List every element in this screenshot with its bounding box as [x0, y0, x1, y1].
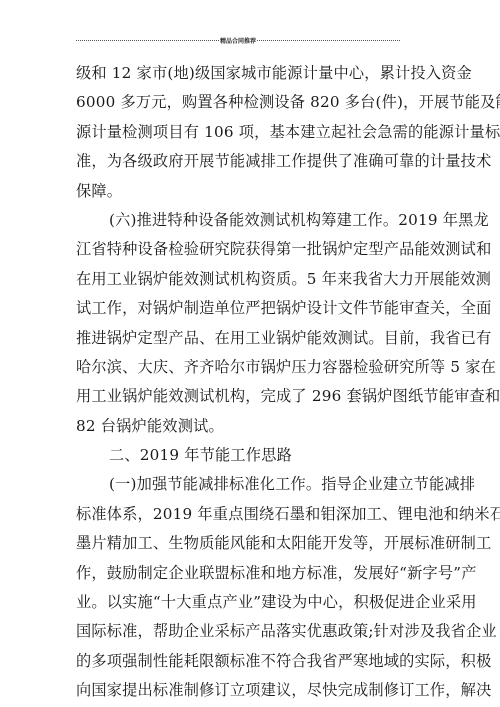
text-line: 源计量检测项目有 106 项，基本建立起社会急需的能源计量标 [76, 118, 426, 147]
header-rule-left [76, 40, 219, 41]
text-line: 保障。 [76, 177, 426, 206]
text-line: 准，为各级政府开展节能减排工作提供了准确可靠的计量技术 [76, 147, 426, 176]
section-heading: 二、2019 年节能工作思路 [76, 441, 426, 470]
text-line: 国际标准，帮助企业采标产品落实优惠政策;针对涉及我省企业 [76, 617, 426, 646]
document-body: 级和 12 家市(地)级国家城市能源计量中心，累计投入资金 6000 多万元，购… [76, 59, 426, 706]
paragraph-start-line: (一)加强节能减排标准化工作。指导企业建立节能减排 [76, 470, 426, 499]
header-title: 精品合同推荐 [219, 36, 257, 45]
text-line: 哈尔滨、大庆、齐齐哈尔市锅炉压力容器检验研究所等 5 家在 [76, 353, 426, 382]
text-line: 江省特种设备检验研究院获得第一批锅炉定型产品能效测试和 [76, 235, 426, 264]
header-rule-right [257, 40, 400, 41]
text-line: 墨片精加工、生物质能风能和太阳能开发等，开展标准研制工 [76, 529, 426, 558]
text-line: 在用工业锅炉能效测试机构资质。5 年来我省大力开展能效测 [76, 265, 426, 294]
text-line: 用工业锅炉能效测试机构，完成了 296 套锅炉图纸节能审查和 [76, 382, 426, 411]
text-line: 试工作，对锅炉制造单位严把锅炉设计文件节能审查关，全面 [76, 294, 426, 323]
text-line: 的多项强制性能耗限额标准不符合我省严寒地域的实际，积极 [76, 647, 426, 676]
text-line: 6000 多万元，购置各种检测设备 820 多台(件)，开展节能及能 [76, 88, 426, 117]
text-line: 82 台锅炉能效测试。 [76, 412, 426, 441]
text-line: 业。以实施“十大重点产业”建设为中心，积极促进企业采用 [76, 588, 426, 617]
page-header: 精品合同推荐 [76, 36, 400, 44]
text-line: 作，鼓励制定企业联盟标准和地方标准，发展好“新字号”产 [76, 559, 426, 588]
text-line: 向国家提出标准制修订立项建议，尽快完成制修订工作，解决 [76, 676, 426, 705]
paragraph-start-line: (六)推进特种设备能效测试机构筹建工作。2019 年黑龙 [76, 206, 426, 235]
text-line: 级和 12 家市(地)级国家城市能源计量中心，累计投入资金 [76, 59, 426, 88]
text-line: 推进锅炉定型产品、在用工业锅炉能效测试。目前，我省已有 [76, 324, 426, 353]
text-line: 标准体系，2019 年重点围绕石墨和钼深加工、锂电池和纳米石 [76, 500, 426, 529]
